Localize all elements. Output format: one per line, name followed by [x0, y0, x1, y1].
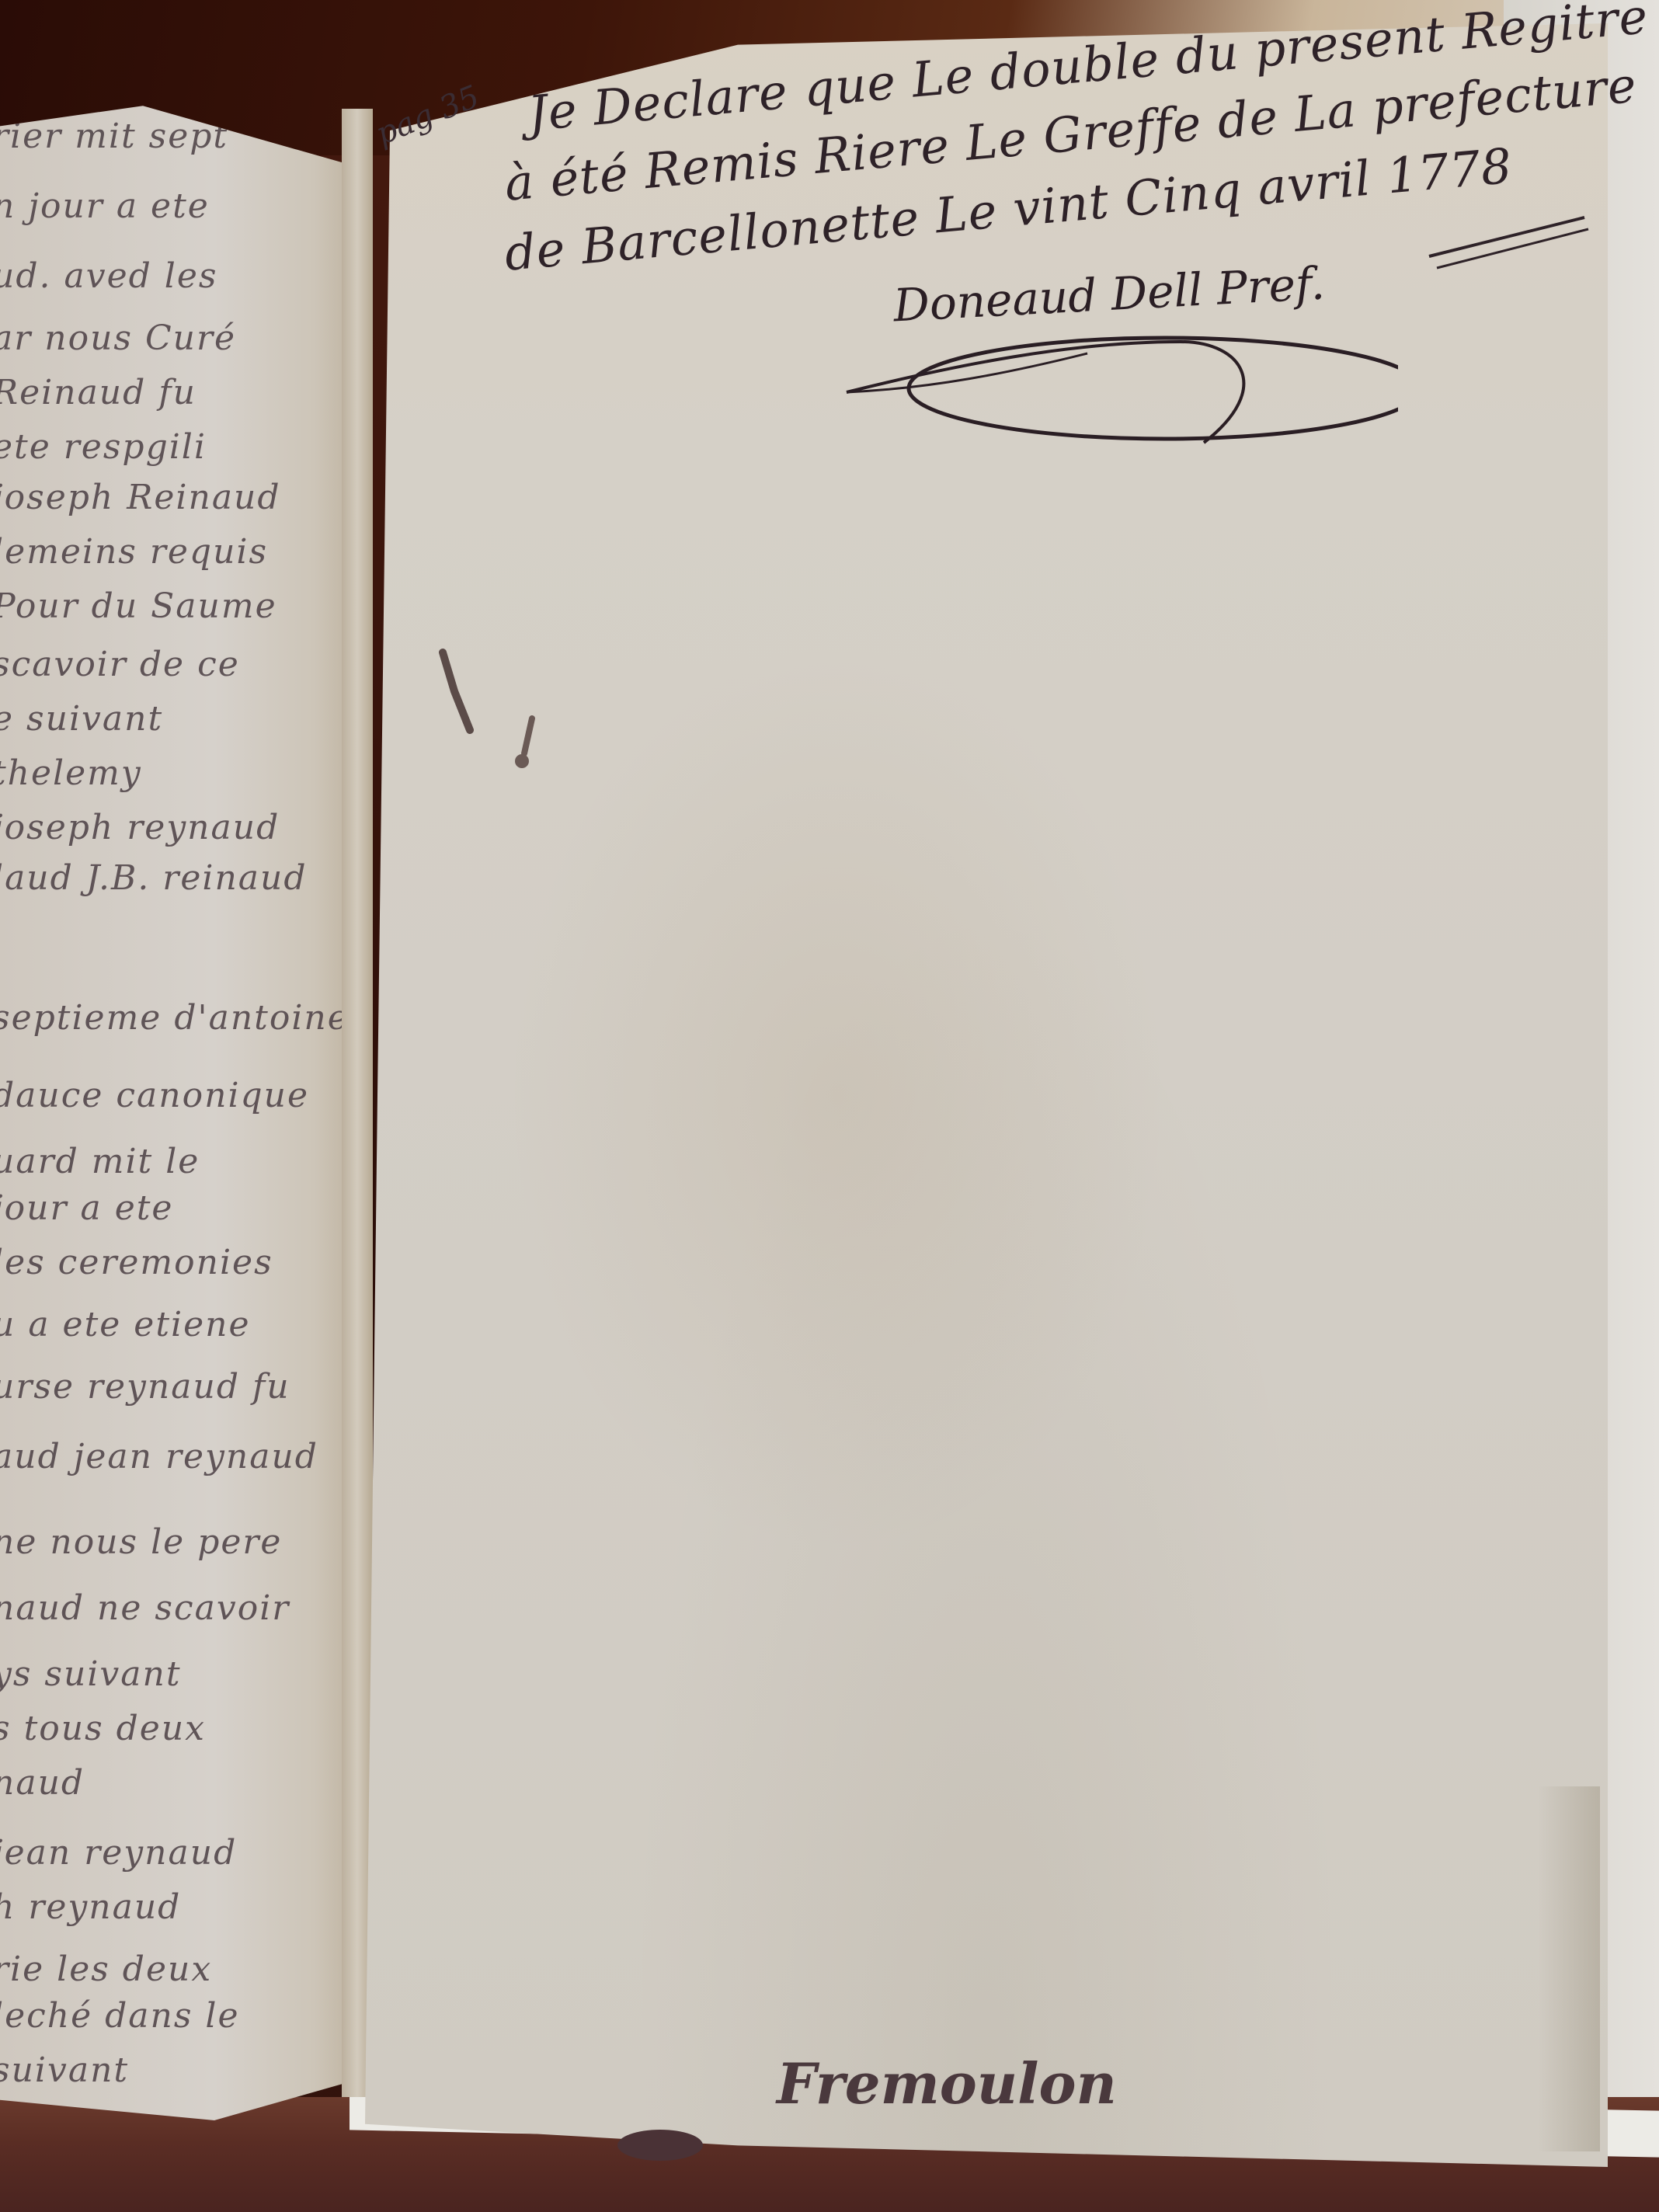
left-line: rie les deux: [0, 1949, 212, 1989]
left-line: jean reynaud: [0, 1833, 237, 1873]
double-rule-stroke: [1421, 202, 1592, 272]
left-line: les ceremonies: [0, 1243, 273, 1282]
left-line: h reynaud: [0, 1887, 181, 1927]
left-line: ud. aved les: [0, 256, 217, 296]
left-line: s tous deux: [0, 1709, 206, 1748]
left-line: u a ete etiene: [0, 1305, 251, 1344]
left-line: jour a ete: [0, 1188, 173, 1228]
left-line: e suivant: [0, 699, 163, 739]
left-line: uard mit le: [0, 1142, 200, 1181]
left-line: aud jean reynaud: [0, 1437, 318, 1476]
left-line: Pour du Saume: [0, 586, 277, 626]
left-line: urse reynaud fu: [0, 1367, 290, 1407]
left-line: naud: [0, 1763, 85, 1803]
left-line: suivant: [0, 2050, 129, 2090]
left-line: rier mit sept: [0, 117, 228, 156]
book-spine: [342, 109, 373, 2097]
left-line: lemeins requis: [0, 532, 268, 572]
left-line: laud J.B. reinaud: [0, 858, 308, 898]
bottom-signature: Fremoulon: [777, 2050, 1117, 2116]
left-line: ys suivant: [0, 1654, 182, 1694]
ink-stain: [435, 645, 559, 784]
left-line: joseph Reinaud: [0, 478, 281, 517]
left-line: septieme d'antoine: [0, 998, 350, 1038]
page-edge-stain: [1538, 1786, 1600, 2151]
left-line: scavoir de ce: [0, 645, 240, 684]
left-line: leché dans le: [0, 1996, 240, 2036]
left-page: rier mit sept n jour a ete ud. aved les …: [0, 85, 357, 2120]
left-line: joseph reynaud: [0, 808, 280, 847]
left-line: n jour a ete: [0, 186, 210, 226]
left-line: dauce canonique: [0, 1076, 309, 1115]
signature-flourish: [839, 295, 1398, 466]
left-line: ne nous le pere: [0, 1522, 282, 1562]
left-line: naud ne scavoir: [0, 1588, 290, 1628]
ink-blot: [614, 2128, 707, 2167]
left-line: ete respgili: [0, 427, 207, 467]
left-line: ar nous Curé: [0, 318, 236, 358]
left-line: thelemy: [0, 753, 142, 793]
left-line: Reinaud fu: [0, 373, 197, 412]
